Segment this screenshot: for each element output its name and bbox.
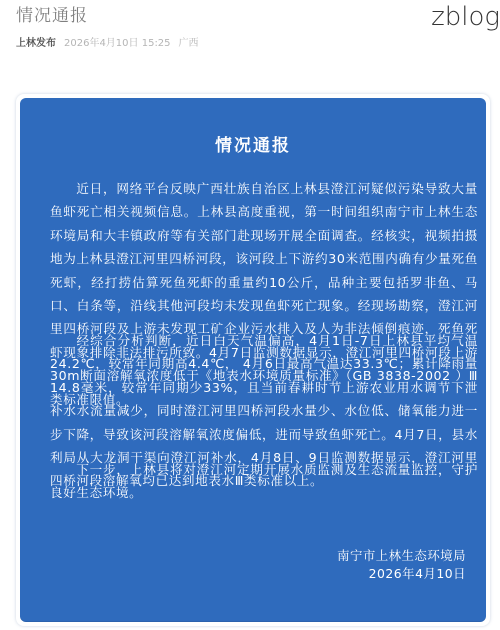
notice-paragraph-3: 下一步，上林县将对澄江河定期开展水质监测及生态流量监控，守护良好生态环境。: [50, 458, 478, 505]
issue-date: 2026年4月10日: [337, 565, 466, 583]
page-title: 情况通报: [16, 4, 88, 28]
publish-datetime: 2026年4月10日 15:25: [64, 37, 171, 51]
issuer-name: 南宁市上林生态环境局: [337, 547, 466, 565]
notice-signature: 南宁市上林生态环境局 2026年4月10日: [337, 547, 466, 583]
notice-image[interactable]: 情况通报 近日，网络平台反映广西壮族自治区上林县澄江河疑似污染导致大量鱼虾死亡相…: [20, 98, 486, 622]
notice-title: 情况通报: [20, 134, 486, 158]
author-link[interactable]: 上林发布: [16, 37, 56, 51]
publish-location: 广西: [179, 37, 199, 51]
article-meta: 上林发布 2026年4月10日 15:25 广西: [16, 37, 199, 51]
watermark: zblog: [431, 0, 500, 34]
